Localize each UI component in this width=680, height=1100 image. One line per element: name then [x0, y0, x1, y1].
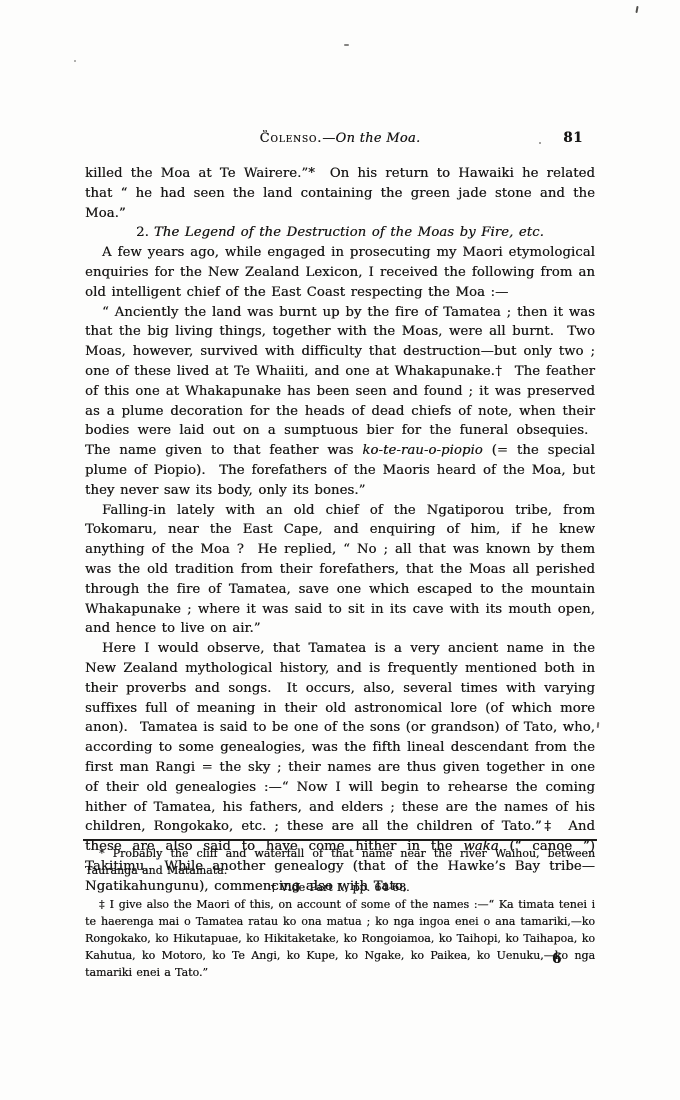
paragraph: “ Anciently the land was burnt up by the…: [85, 303, 595, 501]
footnote-dagger: † Vide Part I., pp. 64-68.: [85, 879, 595, 896]
paragraph: A few years ago, while engaged in prosec…: [85, 243, 595, 302]
running-head-author: C̈olenso.: [260, 131, 323, 146]
scan-artifact: [635, 6, 638, 13]
section-title: The Legend of the Destruction of the Moa…: [154, 225, 544, 240]
footnote-asterisk: * Probably the cliff and waterfall of th…: [85, 845, 595, 879]
scan-artifact: [597, 722, 600, 728]
paragraph-text: A few years ago, while engaged in prosec…: [85, 245, 595, 300]
paragraph-text: Falling-in lately with an old chief of t…: [85, 503, 595, 637]
scanned-journal-page: C̈olenso.—On the Moa. 81 killed the Moa …: [0, 0, 680, 1100]
page-number: 81: [563, 130, 583, 146]
section-number: 2.: [136, 225, 149, 240]
page-header: C̈olenso.—On the Moa. 81: [85, 131, 595, 151]
running-head: C̈olenso.—On the Moa.: [85, 131, 595, 146]
scan-artifact: [539, 142, 541, 144]
section-heading: 2.The Legend of the Destruction of the M…: [85, 223, 595, 243]
footnote-separator-rule: [83, 839, 597, 841]
maori-term-italic: ko-te-rau-o-piopio: [362, 443, 482, 458]
paragraph-text: Here I would observe, that Tamatea is a …: [85, 641, 595, 854]
footnote-text: * Probably the cliff and waterfall of th…: [85, 847, 595, 877]
signature-mark: 6: [552, 951, 561, 967]
body-text-column: killed the Moa at Te Wairere.”* On his r…: [85, 164, 595, 896]
paragraph-continuation: killed the Moa at Te Wairere.”* On his r…: [85, 164, 595, 223]
footnote-text: ‡ I give also the Maori of this, on acco…: [85, 898, 595, 979]
scan-artifact: [344, 44, 349, 46]
scan-artifact: [74, 60, 76, 62]
footnote-double-dagger: ‡ I give also the Maori of this, on acco…: [85, 896, 595, 981]
running-head-title: —On the Moa.: [322, 131, 420, 146]
footnotes: * Probably the cliff and waterfall of th…: [85, 845, 595, 981]
paragraph-text: killed the Moa at Te Wairere.”* On his r…: [85, 166, 595, 221]
paragraph: Falling-in lately with an old chief of t…: [85, 501, 595, 640]
paragraph-text: “ Anciently the land was burnt up by the…: [85, 305, 595, 459]
